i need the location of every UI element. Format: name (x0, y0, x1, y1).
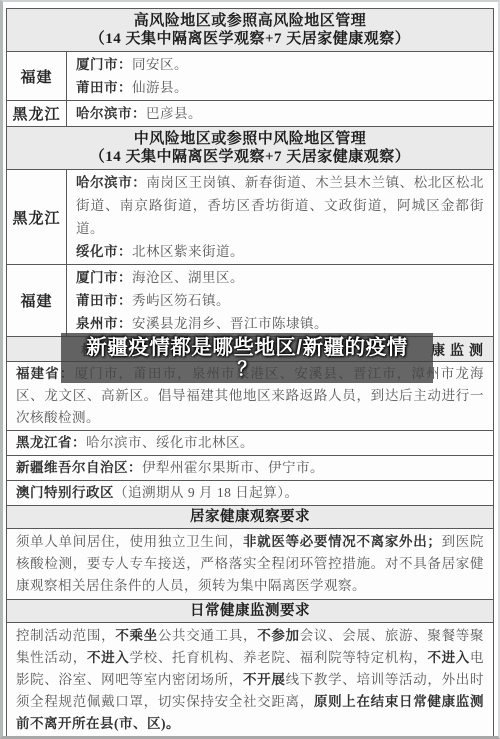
province-cell: 黑龙江 (7, 101, 67, 126)
region-line: 哈尔滨市：南岗区王岗镇、新春街道、木兰县木兰镇、松北区松北街道、南京路街道，香坊… (76, 171, 484, 240)
region-line: 绥化市：北林区紫来街道。 (76, 240, 484, 263)
region-line: 莆田市：仙游县。 (76, 76, 484, 99)
region-cell: 厦门市：海沧区、湖里区。 莆田市：秀屿区笏石镇。 泉州市：安溪县龙涓乡、晋江市陈… (67, 265, 493, 336)
caption-overlay: 新疆疫情都是哪些地区/新疆的疫情 ？ (61, 333, 433, 383)
province-cell: 福建 (7, 52, 67, 100)
region-line: 哈尔滨市：巴彦县。 (76, 102, 484, 125)
home-observation-header: 居家健康观察要求 (7, 506, 493, 529)
table-row: 福建 厦门市：海沧区、湖里区。 莆田市：秀屿区笏石镇。 泉州市：安溪县龙涓乡、晋… (7, 265, 493, 337)
province-cell: 福建 (7, 265, 67, 336)
requirement-text: 须单人单间居住，使用独立卫生间，非就医等必要情况不离家外出；到医院核酸检测，要专… (16, 531, 484, 597)
caption-question-mark: ？ (237, 360, 256, 380)
medium-risk-section-header: 中风险地区或参照中风险地区管理 （14 天集中隔离医学观察+7 天居家健康观察） (7, 127, 493, 170)
requirement-text: 控制活动范围，不乘坐公共交通工具，不参加会议、会展、旅游、聚餐等聚集性活动，不进… (16, 625, 484, 735)
summary-text: 黑龙江省：哈尔滨市、绥化市北林区。 (16, 432, 484, 454)
region-line: 泉州市：安溪县龙涓乡、晋江市陈埭镇。 (76, 312, 484, 335)
caption-title: 新疆疫情都是哪些地区/新疆的疫情 (86, 336, 407, 360)
obscured-section-header: 核 康监测 新疆疫情都是哪些地区/新疆的疫情 ？ (7, 337, 493, 362)
region-cell: 哈尔滨市：巴彦县。 (67, 101, 493, 126)
region-line: 莆田市：秀屿区笏石镇。 (76, 289, 484, 312)
medium-risk-subtitle: （14 天集中隔离医学观察+7 天居家健康观察） (7, 148, 493, 166)
province-cell: 黑龙江 (7, 170, 67, 264)
daily-monitoring-header: 日常健康监测要求 (7, 600, 493, 623)
summary-row-macau: 澳门特别行政区（追溯期从 9 月 18 日起算）。 (7, 481, 493, 506)
region-cell: 哈尔滨市：南岗区王岗镇、新春街道、木兰县木兰镇、松北区松北街道、南京路街道，香坊… (67, 170, 493, 264)
summary-row-xinjiang: 新疆维吾尔自治区：伊犁州霍尔果斯市、伊宁市。 (7, 456, 493, 481)
table-row: 福建 厦门市：同安区。 莆田市：仙游县。 (7, 52, 493, 101)
risk-policy-document: 高风险地区或参照高风险地区管理 （14 天集中隔离医学观察+7 天居家健康观察）… (6, 8, 494, 738)
table-row: 黑龙江 哈尔滨市：巴彦县。 (7, 101, 493, 127)
summary-text: 新疆维吾尔自治区：伊犁州霍尔果斯市、伊宁市。 (16, 457, 484, 479)
high-risk-section-header: 高风险地区或参照高风险地区管理 （14 天集中隔离医学观察+7 天居家健康观察） (7, 9, 493, 52)
summary-row-heilongjiang: 黑龙江省：哈尔滨市、绥化市北林区。 (7, 431, 493, 456)
table-row: 黑龙江 哈尔滨市：南岗区王岗镇、新春街道、木兰县木兰镇、松北区松北街道、南京路街… (7, 170, 493, 265)
region-cell: 厦门市：同安区。 莆田市：仙游县。 (67, 52, 493, 100)
summary-text: 澳门特别行政区（追溯期从 9 月 18 日起算）。 (16, 482, 484, 504)
high-risk-subtitle: （14 天集中隔离医学观察+7 天居家健康观察） (7, 30, 493, 48)
medium-risk-title: 中风险地区或参照中风险地区管理 (7, 130, 493, 148)
home-observation-body: 须单人单间居住，使用独立卫生间，非就医等必要情况不离家外出；到医院核酸检测，要专… (7, 529, 493, 600)
region-line: 厦门市：海沧区、湖里区。 (76, 266, 484, 289)
high-risk-title: 高风险地区或参照高风险地区管理 (7, 12, 493, 30)
region-line: 厦门市：同安区。 (76, 53, 484, 76)
daily-monitoring-body: 控制活动范围，不乘坐公共交通工具，不参加会议、会展、旅游、聚餐等聚集性活动，不进… (7, 623, 493, 737)
obscured-header-right-fragment: 康监测 (431, 340, 488, 360)
